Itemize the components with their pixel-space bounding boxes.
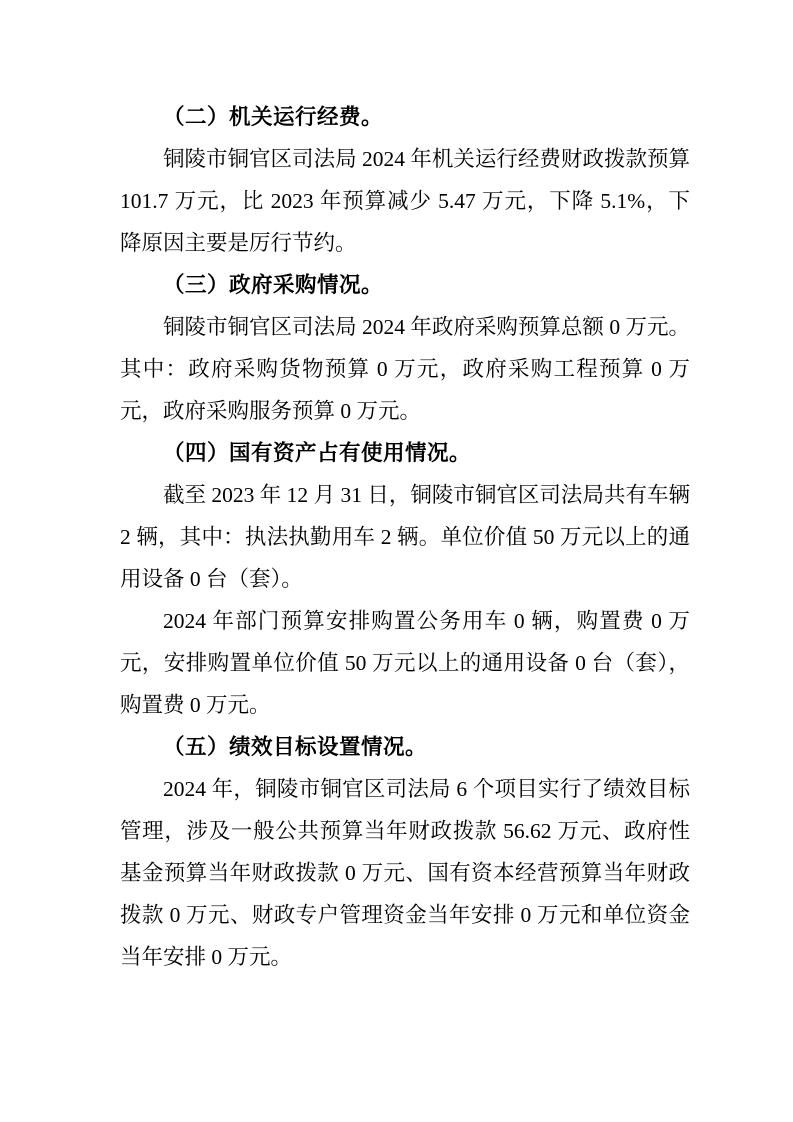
document-page: （二）机关运行经费。 铜陵市铜官区司法局 2024 年机关运行经费财政拨款预算 … — [0, 0, 793, 1122]
section-state-owned-assets: （四）国有资产占有使用情况。 截至 2023 年 12 月 31 日，铜陵市铜官… — [120, 432, 690, 726]
section-heading-agency-operating-expenses: （二）机关运行经费。 — [120, 96, 690, 138]
paragraph-government-procurement: 铜陵市铜官区司法局 2024 年政府采购预算总额 0 万元。其中：政府采购货物预… — [120, 306, 690, 432]
paragraph-agency-operating-expenses: 铜陵市铜官区司法局 2024 年机关运行经费财政拨款预算 101.7 万元，比 … — [120, 138, 690, 264]
section-heading-government-procurement: （三）政府采购情况。 — [120, 264, 690, 306]
section-agency-operating-expenses: （二）机关运行经费。 铜陵市铜官区司法局 2024 年机关运行经费财政拨款预算 … — [120, 96, 690, 264]
section-government-procurement: （三）政府采购情况。 铜陵市铜官区司法局 2024 年政府采购预算总额 0 万元… — [120, 264, 690, 432]
section-performance-targets: （五）绩效目标设置情况。 2024 年，铜陵市铜官区司法局 6 个项目实行了绩效… — [120, 726, 690, 978]
paragraph-state-owned-assets-current: 截至 2023 年 12 月 31 日，铜陵市铜官区司法局共有车辆 2 辆，其中… — [120, 474, 690, 600]
section-heading-state-owned-assets: （四）国有资产占有使用情况。 — [120, 432, 690, 474]
paragraph-performance-targets: 2024 年，铜陵市铜官区司法局 6 个项目实行了绩效目标管理，涉及一般公共预算… — [120, 768, 690, 978]
paragraph-state-owned-assets-planned: 2024 年部门预算安排购置公务用车 0 辆，购置费 0 万元，安排购置单位价值… — [120, 600, 690, 726]
section-heading-performance-targets: （五）绩效目标设置情况。 — [120, 726, 690, 768]
